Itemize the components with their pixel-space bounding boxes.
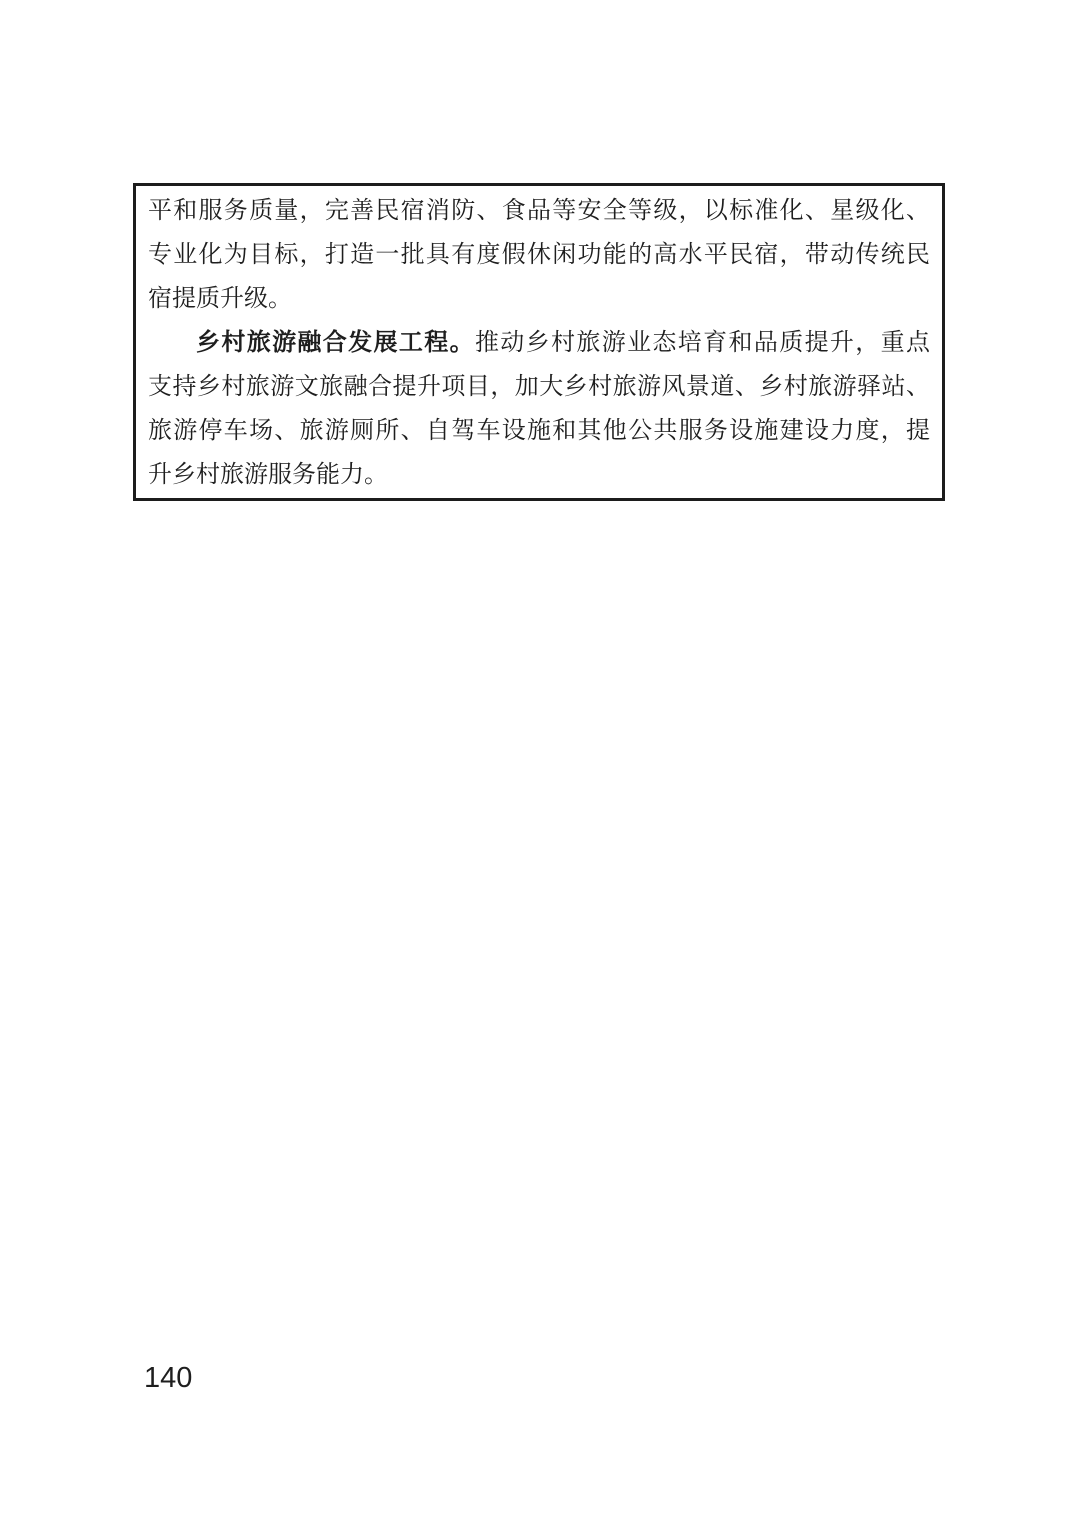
text-line-6-content: 旅游停车场、旅游厕所、自驾车设施和其他公共服务设施建设力度，提 <box>148 418 930 444</box>
text-line-2: 专业化为目标，打造一批具有度假休闲功能的高水平民宿，带动传统民 <box>148 233 930 277</box>
text-line-2-content: 专业化为目标，打造一批具有度假休闲功能的高水平民宿，带动传统民 <box>148 242 930 268</box>
text-line-5-content: 支持乡村旅游文旅融合提升项目，加大乡村旅游风景道、乡村旅游驿站、 <box>148 374 930 400</box>
text-line-3-content: 宿提质升级。 <box>148 286 292 312</box>
text-line-1: 平和服务质量，完善民宿消防、食品等安全等级，以标准化、星级化、 <box>148 189 930 233</box>
text-line-1-content: 平和服务质量，完善民宿消防、食品等安全等级，以标准化、星级化、 <box>148 198 930 224</box>
bordered-text-box: 平和服务质量，完善民宿消防、食品等安全等级，以标准化、星级化、 专业化为目标，打… <box>133 183 945 501</box>
text-line-5: 支持乡村旅游文旅融合提升项目，加大乡村旅游风景道、乡村旅游驿站、 <box>148 365 930 409</box>
page-number: 140 <box>144 1362 192 1395</box>
text-line-4-content: 推动乡村旅游业态培育和品质提升，重点 <box>475 330 930 356</box>
document-page: 平和服务质量，完善民宿消防、食品等安全等级，以标准化、星级化、 专业化为目标，打… <box>0 0 1080 1527</box>
text-line-6: 旅游停车场、旅游厕所、自驾车设施和其他公共服务设施建设力度，提 <box>148 409 930 453</box>
text-line-7-content: 升乡村旅游服务能力。 <box>148 462 388 488</box>
bold-project-heading: 乡村旅游融合发展工程。 <box>196 330 475 356</box>
text-line-4: 乡村旅游融合发展工程。推动乡村旅游业态培育和品质提升，重点 <box>148 321 930 365</box>
text-line-3: 宿提质升级。 <box>148 277 930 321</box>
text-line-7: 升乡村旅游服务能力。 <box>148 453 930 497</box>
